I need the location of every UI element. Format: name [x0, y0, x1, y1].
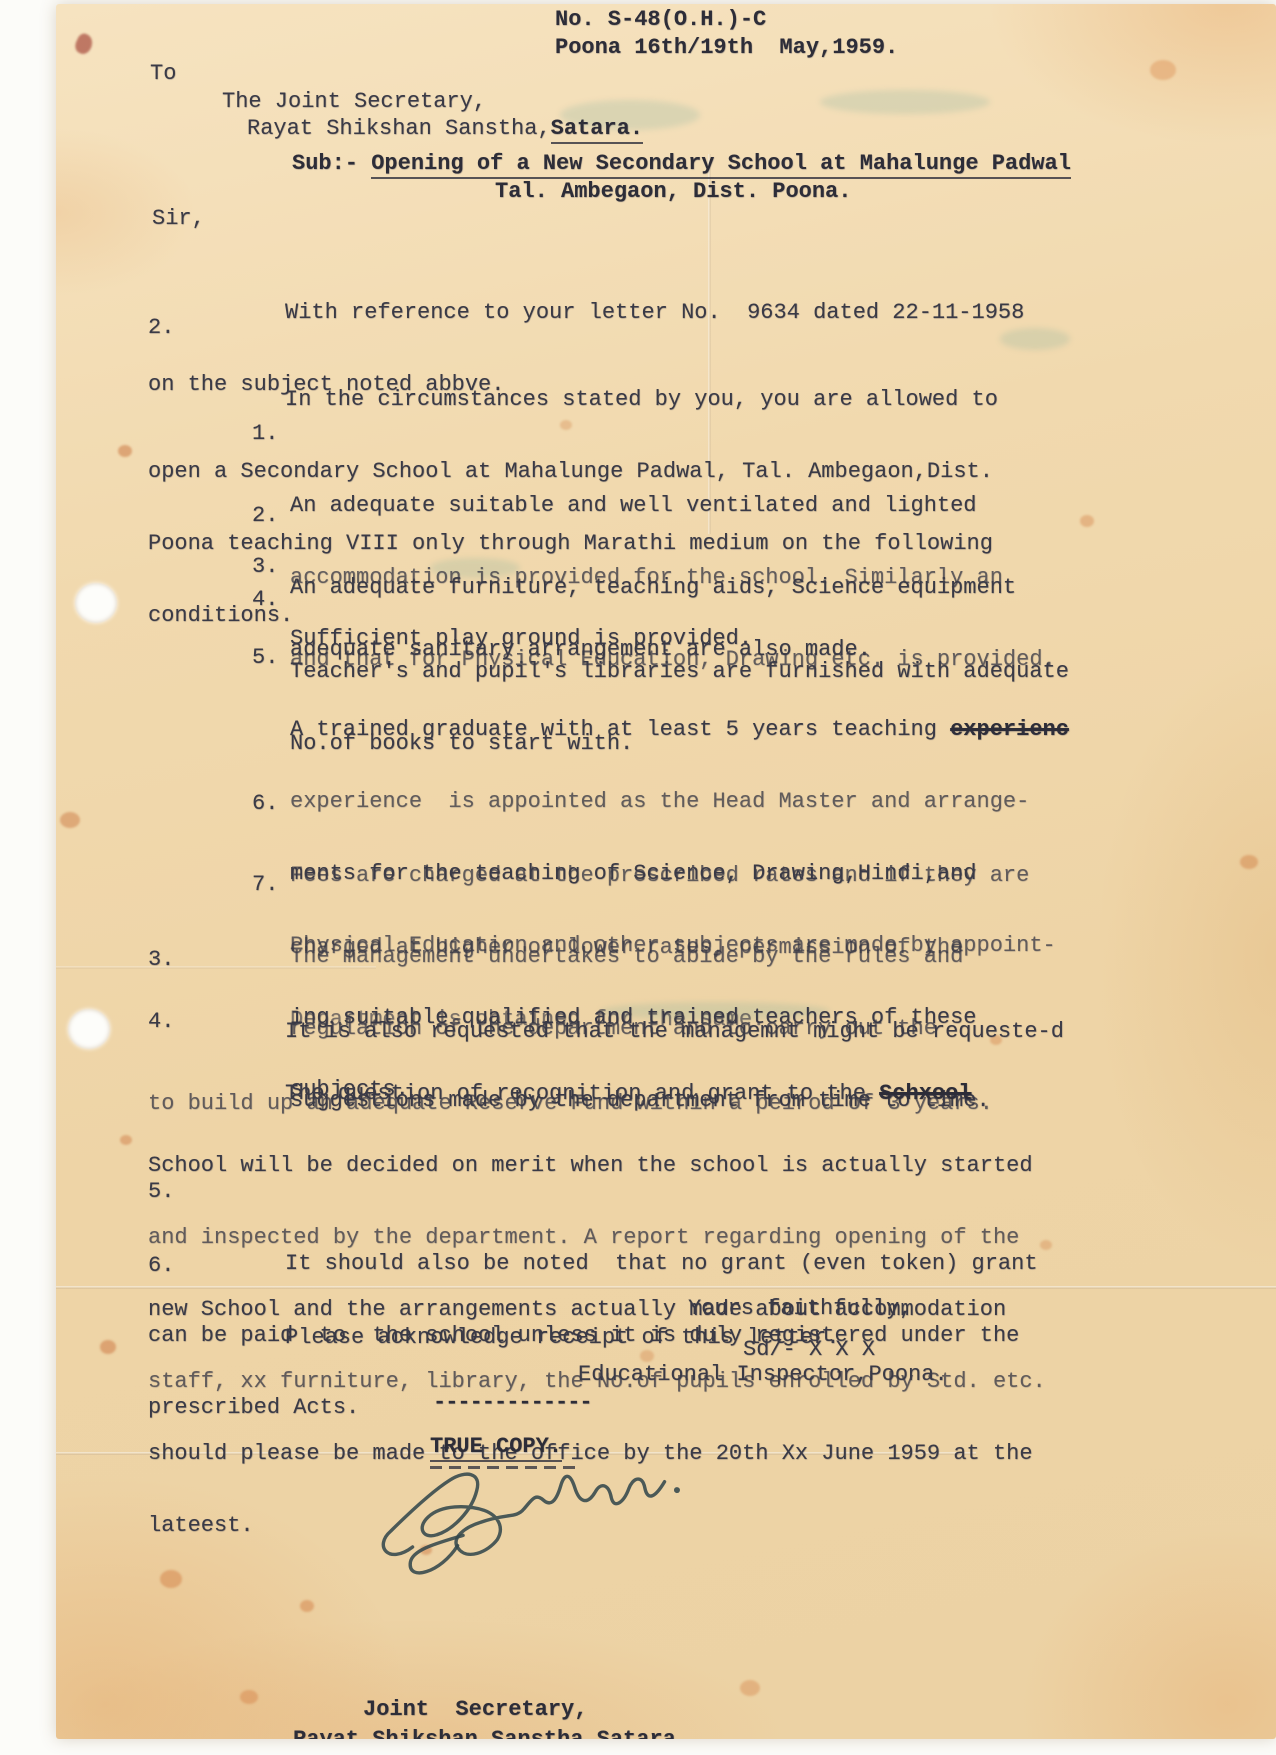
- ink-blot: [73, 32, 96, 57]
- condition-number: 1.: [252, 422, 278, 446]
- struck-word: Schxool: [879, 1081, 971, 1106]
- signature-dot: [674, 1487, 680, 1493]
- condition-number: 7.: [252, 873, 278, 897]
- condition-number: 6.: [252, 792, 278, 816]
- signatory-title: Joint Secretary,: [363, 1698, 587, 1722]
- condition-number: 2.: [252, 504, 278, 528]
- letter-line-text: The question of recognition and grant to…: [285, 1081, 879, 1106]
- addressee-org-text: Rayat Shikshan Sanstha,: [247, 116, 551, 141]
- signed-initials: Sd/- X X X: [743, 1338, 875, 1362]
- to-label: To: [150, 62, 176, 86]
- stain: [100, 1340, 116, 1354]
- stain: [240, 1690, 258, 1704]
- ink-smudge: [820, 90, 990, 114]
- letter-line: School will be decided on merit when the…: [148, 1154, 1046, 1178]
- paragraph-number: 3.: [148, 948, 174, 972]
- paragraph-number: 6.: [148, 1254, 174, 1278]
- sender-designation: Educational Inspector,Poona.: [578, 1363, 948, 1387]
- scanned-letter: No. S-48(O.H.)-C Poona 16th/19th May,195…: [0, 0, 1276, 1755]
- subject-line-2: Tal. Ambegaon, Dist. Poona.: [495, 180, 851, 204]
- letter-line: The question of recognition and grant to…: [148, 1082, 1046, 1106]
- punch-hole: [75, 583, 117, 623]
- reference-number: No. S-48(O.H.)-C: [555, 8, 766, 32]
- valediction: Yours faithfully,: [688, 1297, 912, 1321]
- condition-number: 3.: [252, 555, 278, 579]
- handwritten-signature: [353, 1437, 700, 1590]
- stain: [300, 1600, 314, 1612]
- letter-line-text: A trained graduate with at least 5 years…: [290, 717, 950, 742]
- subject-line: Sub:- Opening of a New Secondary School …: [292, 152, 1071, 176]
- divider-dashes: -------------: [433, 1391, 592, 1415]
- subject-label: Sub:-: [292, 151, 371, 176]
- place-date: Poona 16th/19th May,1959.: [555, 36, 898, 60]
- stain: [1150, 60, 1176, 80]
- letter-line: prescribed Acts.: [148, 1396, 1038, 1420]
- signatory-org: Rayat Shikshan Sanstha Satara.: [293, 1728, 689, 1739]
- letter-paper: No. S-48(O.H.)-C Poona 16th/19th May,195…: [56, 4, 1276, 1739]
- letter-line: A trained graduate with at least 5 years…: [252, 718, 1069, 742]
- paragraph-number: 4.: [148, 1010, 174, 1034]
- stain: [120, 1135, 132, 1145]
- subject-text: Opening of a New Secondary School at Mah…: [371, 151, 1071, 179]
- condition-number: 4.: [252, 588, 278, 612]
- stain: [60, 812, 80, 828]
- letter-line: Please acknowledge receipt of this lette…: [148, 1326, 840, 1350]
- stain: [118, 445, 132, 457]
- paragraph-number: 5.: [148, 1180, 174, 1204]
- struck-word: experienc: [950, 717, 1069, 742]
- stain: [1080, 515, 1094, 527]
- stain: [740, 1680, 760, 1696]
- addressee-org: Rayat Shikshan Sanstha,Satara.: [247, 117, 643, 141]
- condition-number: 5.: [252, 646, 278, 670]
- addressee-city: Satara.: [551, 116, 643, 144]
- paragraph-number: 2.: [148, 316, 174, 340]
- addressee-name: The Joint Secretary,: [222, 90, 486, 114]
- stain: [1240, 855, 1258, 869]
- letter-line: In the circumstances stated by you, you …: [148, 388, 998, 412]
- salutation: Sir,: [152, 207, 205, 231]
- punch-hole: [68, 1009, 110, 1049]
